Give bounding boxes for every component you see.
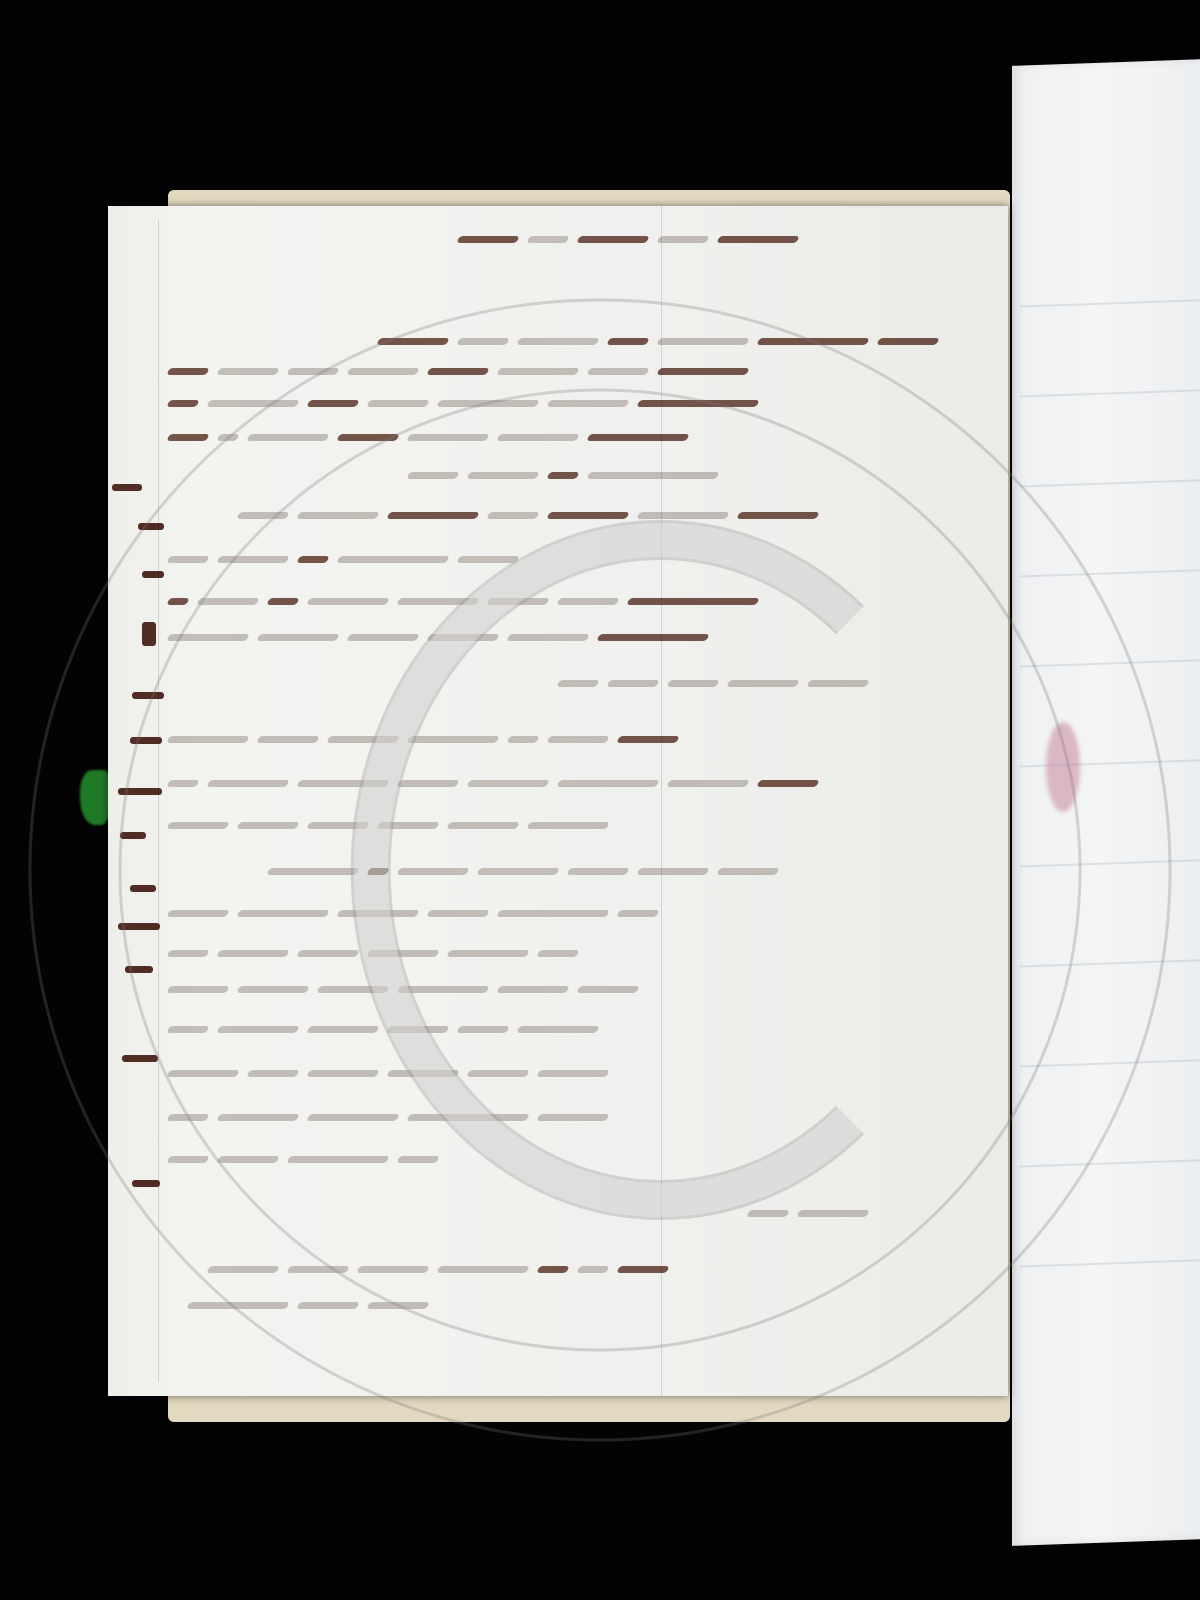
bleed-through-line (1020, 658, 1200, 667)
body-line (168, 906, 658, 920)
margin-ink (130, 737, 162, 744)
margin-ink (130, 885, 156, 892)
body-line (168, 1152, 438, 1166)
body-line (168, 982, 638, 996)
date-line (208, 1262, 668, 1276)
margin-ink (125, 966, 153, 973)
body-line (168, 396, 758, 410)
body-line (168, 594, 758, 608)
margin-ink (132, 692, 164, 699)
body-line (168, 430, 688, 444)
body-line (168, 364, 748, 378)
bleed-through-line (1020, 568, 1200, 577)
body-line (168, 1110, 608, 1124)
margin-ink (120, 832, 146, 839)
margin-ink (132, 1180, 160, 1187)
margin-ink (138, 523, 164, 530)
margin-ink (142, 622, 156, 646)
body-line (168, 776, 818, 790)
body-line (168, 818, 608, 832)
header-line (458, 232, 798, 246)
fold-crease (661, 206, 662, 1396)
margin-ink (118, 923, 160, 930)
margin-ink (122, 1055, 158, 1062)
body-line (168, 732, 678, 746)
bleed-through-line (1020, 478, 1200, 487)
body-line (268, 864, 778, 878)
body-line (168, 552, 518, 566)
bleed-through-line (1020, 858, 1200, 867)
margin-ink (142, 571, 164, 578)
body-line (168, 946, 578, 960)
bleed-through-line (1020, 958, 1200, 967)
body-line (378, 334, 938, 348)
bleed-through-line (1020, 1258, 1200, 1267)
bleed-through-line (1020, 1058, 1200, 1067)
body-line (238, 508, 818, 522)
inner-sheet-edge (158, 220, 159, 1382)
facing-page (1012, 58, 1200, 1546)
body-line (168, 630, 708, 644)
bleed-through-line (1020, 1158, 1200, 1167)
body-line (168, 1022, 598, 1036)
bleed-through-line (1020, 298, 1200, 307)
margin-ink (118, 788, 162, 795)
ink-stamp (1046, 722, 1080, 812)
manuscript-page: Handwritten manuscript letter (photograp… (108, 206, 1008, 1396)
signature (188, 1298, 428, 1312)
closing-line (748, 1206, 868, 1220)
green-tab (80, 770, 110, 825)
body-line (558, 676, 868, 690)
body-line (168, 1066, 608, 1080)
body-line (408, 468, 718, 482)
bleed-through-line (1020, 388, 1200, 397)
margin-ink (112, 484, 142, 491)
